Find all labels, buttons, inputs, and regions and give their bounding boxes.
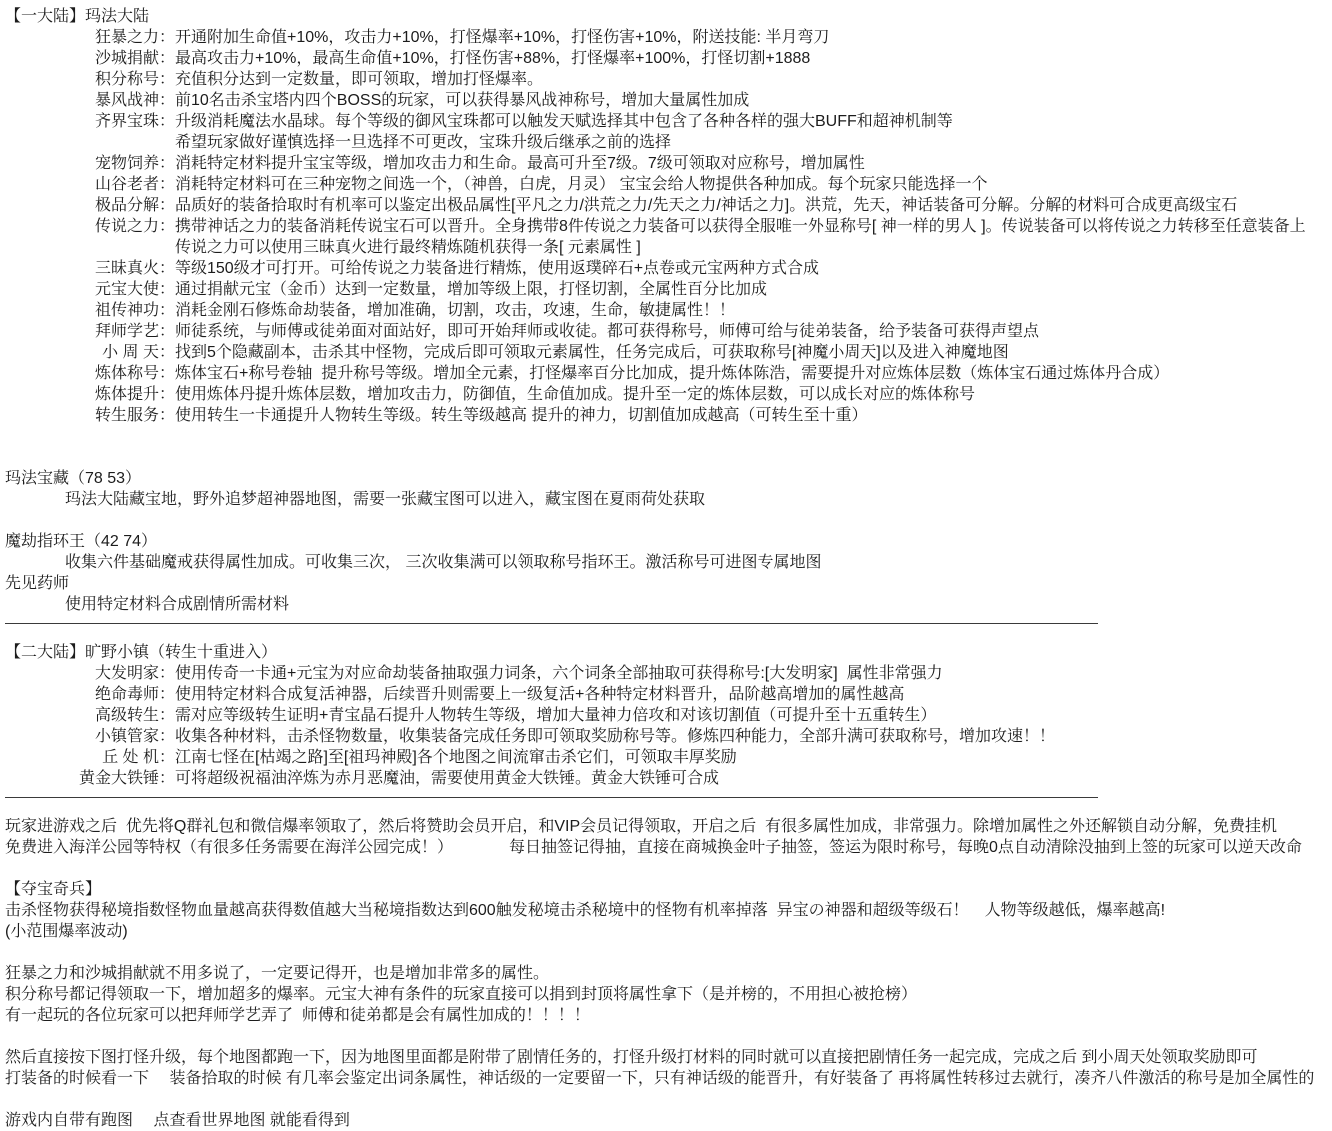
- entry-label: 宠物饲养：: [71, 153, 175, 174]
- subheading-apothecary: 先见药师: [5, 573, 1332, 594]
- doc-entry: 三昧真火：等级150级才可打开。可给传说之力装备进行精炼，使用返璞碎石+点卷或元…: [5, 258, 1332, 279]
- entry-label: 暴风战神：: [71, 90, 175, 111]
- entry-text: 等级150级才可打开。可给传说之力装备进行精炼，使用返璞碎石+点卷或元宝两种方式…: [175, 258, 1332, 279]
- doc-paragraph: (小范围爆率波动): [5, 921, 1332, 942]
- doc-paragraph: 收集六件基础魔戒获得属性加成。可收集三次， 三次收集满可以领取称号指环王。激活称…: [5, 552, 1332, 573]
- section-heading-treasure-raiders: 【夺宝奇兵】: [5, 879, 1332, 900]
- doc-entry: 炼体称号：炼体宝石+称号卷轴 提升称号等级。增加全元素，打怪爆率百分比加成，提升…: [5, 363, 1332, 384]
- entry-text: 炼体宝石+称号卷轴 提升称号等级。增加全元素，打怪爆率百分比加成，提升炼体陈浩，…: [175, 363, 1332, 384]
- entry-label: 拜师学艺：: [71, 321, 175, 342]
- entry-text: 传说之力可以使用三昧真火进行最终精炼随机获得一条[ 元素属性 ]: [175, 237, 1332, 258]
- entry-label: 积分称号：: [71, 69, 175, 90]
- entry-label: 齐界宝珠：: [71, 111, 175, 132]
- entry-text: 希望玩家做好谨慎选择一旦选择不可更改，宝珠升级后继承之前的选择: [175, 132, 1332, 153]
- entry-label: 黄金大铁锤：: [71, 768, 175, 789]
- doc-paragraph: 然后直接按下图打怪升级，每个地图都跑一下，因为地图里面都是附带了剧情任务的，打怪…: [5, 1047, 1332, 1068]
- subheading-mafa-treasure: 玛法宝藏（78 53）: [5, 468, 1332, 489]
- doc-entry: 齐界宝珠：升级消耗魔法水晶球。每个等级的御风宝珠都可以触发天赋选择其中包含了各种…: [5, 111, 1332, 132]
- doc-entry: 极品分解：品质好的装备拾取时有机率可以鉴定出极品属性[平凡之力/洪荒之力/先天之…: [5, 195, 1332, 216]
- doc-entry: 祖传神功：消耗金刚石修炼命劫装备，增加准确，切割，攻击，攻速，生命，敏捷属性！！: [5, 300, 1332, 321]
- doc-paragraph: 使用特定材料合成剧情所需材料: [5, 594, 1332, 615]
- doc-paragraph: 玛法大陆藏宝地，野外追梦超神器地图，需要一张藏宝图可以进入，藏宝图在夏雨荷处获取: [5, 489, 1332, 510]
- entry-label: 极品分解：: [71, 195, 175, 216]
- doc-entry: 沙城捐献：最高攻击力+10%，最高生命值+10%，打怪伤害+88%，打怪爆率+1…: [5, 48, 1332, 69]
- doc-entry: 传说之力：携带神话之力的装备消耗传说宝石可以晋升。全身携带8件传说之力装备可以获…: [5, 216, 1332, 237]
- entry-text: 江南七怪在[枯竭之路]至[祖玛神殿]各个地图之间流窜击杀它们，可领取丰厚奖励: [175, 747, 1332, 768]
- doc-entry: 绝命毒师：使用特定材料合成复活神器，后续晋升则需要上一级复活+各种特定材料晋升，…: [5, 684, 1332, 705]
- section-heading-continent2: 【二大陆】旷野小镇（转生十重进入）: [5, 642, 1332, 663]
- blank-line: [5, 942, 1332, 963]
- entry-text: 收集各种材料，击杀怪物数量，收集装备完成任务即可领取奖励称号等。修炼四种能力，全…: [175, 726, 1332, 747]
- doc-entry: 小镇管家：收集各种材料，击杀怪物数量，收集装备完成任务即可领取奖励称号等。修炼四…: [5, 726, 1332, 747]
- doc-paragraph: 击杀怪物获得秘境指数怪物血量越高获得数值越大当秘境指数达到600触发秘境击杀秘境…: [5, 900, 1332, 921]
- entry-label: 大发明家：: [71, 663, 175, 684]
- entry-text: 找到5个隐藏副本，击杀其中怪物，完成后即可领取元素属性，任务完成后，可获取称号[…: [175, 342, 1332, 363]
- entry-label: 小 周 天：: [71, 342, 175, 363]
- entry-text: 品质好的装备拾取时有机率可以鉴定出极品属性[平凡之力/洪荒之力/先天之力/神话之…: [175, 195, 1332, 216]
- doc-entry: 炼体提升：使用炼体丹提升炼体层数，增加攻击力，防御值，生命值加成。提升至一定的炼…: [5, 384, 1332, 405]
- doc-entry-continuation: 传说之力可以使用三昧真火进行最终精炼随机获得一条[ 元素属性 ]: [5, 237, 1332, 258]
- entry-text: 升级消耗魔法水晶球。每个等级的御风宝珠都可以触发天赋选择其中包含了各种各样的强大…: [175, 111, 1332, 132]
- doc-entry: 高级转生：需对应等级转生证明+青宝晶石提升人物转生等级，增加大量神力倍攻和对该切…: [5, 705, 1332, 726]
- entry-label: 沙城捐献：: [71, 48, 175, 69]
- section-divider: [5, 615, 1332, 642]
- entry-text: 需对应等级转生证明+青宝晶石提升人物转生等级，增加大量神力倍攻和对该切割值（可提…: [175, 705, 1332, 726]
- entry-label: 小镇管家：: [71, 726, 175, 747]
- entry-text: 前10名击杀宝塔内四个BOSS的玩家，可以获得暴风战神称号，增加大量属性加成: [175, 90, 1332, 111]
- blank-line: [5, 510, 1332, 531]
- entry-label: 绝命毒师：: [71, 684, 175, 705]
- subheading-ring-king: 魔劫指环王（42 74）: [5, 531, 1332, 552]
- doc-paragraph: 游戏内自带有跑图 点查看世界地图 就能看得到: [5, 1110, 1332, 1131]
- doc-paragraph: 打装备的时候看一下 装备拾取的时候 有几率会鉴定出词条属性，神话级的一定要留一下…: [5, 1068, 1332, 1089]
- entry-text: 师徒系统，与师傅或徒弟面对面站好，即可开始拜师或收徒。都可获得称号，师傅可给与徒…: [175, 321, 1332, 342]
- entry-text: 最高攻击力+10%，最高生命值+10%，打怪伤害+88%，打怪爆率+100%，打…: [175, 48, 1332, 69]
- entry-label: 炼体提升：: [71, 384, 175, 405]
- entry-label: 转生服务：: [71, 405, 175, 426]
- doc-paragraph: 狂暴之力和沙城捐献就不用多说了，一定要记得开，也是增加非常多的属性。: [5, 963, 1332, 984]
- entry-text: 消耗特定材料可在三种宠物之间选一个，（神兽，白虎，月灵） 宝宝会给人物提供各种加…: [175, 174, 1332, 195]
- entry-text: 开通附加生命值+10%，攻击力+10%，打怪爆率+10%，打怪伤害+10%，附送…: [175, 27, 1332, 48]
- doc-paragraph: 有一起玩的各位玩家可以把拜师学艺弄了 师傅和徒弟都是会有属性加成的！！！！: [5, 1005, 1332, 1026]
- doc-entry-continuation: 希望玩家做好谨慎选择一旦选择不可更改，宝珠升级后继承之前的选择: [5, 132, 1332, 153]
- entry-text: 使用特定材料合成复活神器，后续晋升则需要上一级复活+各种特定材料晋升，品阶越高增…: [175, 684, 1332, 705]
- doc-entry: 黄金大铁锤：可将超级祝福油淬炼为赤月恶魔油，需要使用黄金大铁锤。黄金大铁锤可合成: [5, 768, 1332, 789]
- doc-entry: 积分称号：充值积分达到一定数量，即可领取，增加打怪爆率。: [5, 69, 1332, 90]
- entry-text: 携带神话之力的装备消耗传说宝石可以晋升。全身携带8件传说之力装备可以获得全服唯一…: [175, 216, 1332, 237]
- entry-label: 元宝大使：: [71, 279, 175, 300]
- divider-line: [5, 623, 1098, 624]
- doc-entry: 山谷老者：消耗特定材料可在三种宠物之间选一个，（神兽，白虎，月灵） 宝宝会给人物…: [5, 174, 1332, 195]
- entry-text: 使用传奇一卡通+元宝为对应命劫装备抽取强力词条，六个词条全部抽取可获得称号:[大…: [175, 663, 1332, 684]
- doc-entry: 小 周 天：找到5个隐藏副本，击杀其中怪物，完成后即可领取元素属性，任务完成后，…: [5, 342, 1332, 363]
- doc-entry: 大发明家：使用传奇一卡通+元宝为对应命劫装备抽取强力词条，六个词条全部抽取可获得…: [5, 663, 1332, 684]
- doc-entry: 狂暴之力：开通附加生命值+10%，攻击力+10%，打怪爆率+10%，打怪伤害+1…: [5, 27, 1332, 48]
- blank-line: [5, 858, 1332, 879]
- entry-text: 消耗特定材料提升宝宝等级，增加攻击力和生命。最高可升至7级。7级可领取对应称号，…: [175, 153, 1332, 174]
- entry-label: 山谷老者：: [71, 174, 175, 195]
- entry-label: 炼体称号：: [71, 363, 175, 384]
- entry-label: [71, 237, 175, 258]
- doc-entry: 拜师学艺：师徒系统，与师傅或徒弟面对面站好，即可开始拜师或收徒。都可获得称号，师…: [5, 321, 1332, 342]
- blank-line: [5, 447, 1332, 468]
- entry-label: 丘 处 机：: [71, 747, 175, 768]
- entry-text: 使用炼体丹提升炼体层数，增加攻击力，防御值，生命值加成。提升至一定的炼体层数，可…: [175, 384, 1332, 405]
- blank-line: [5, 1089, 1332, 1110]
- doc-entry: 元宝大使：通过捐献元宝（金币）达到一定数量，增加等级上限，打怪切割，全属性百分比…: [5, 279, 1332, 300]
- section-divider: [5, 789, 1332, 816]
- entry-text: 使用转生一卡通提升人物转生等级。转生等级越高 提升的神力，切割值加成越高（可转生…: [175, 405, 1332, 426]
- entry-label: 三昧真火：: [71, 258, 175, 279]
- entry-label: 传说之力：: [71, 216, 175, 237]
- entry-text: 通过捐献元宝（金币）达到一定数量，增加等级上限，打怪切割，全属性百分比加成: [175, 279, 1332, 300]
- doc-entry: 宠物饲养：消耗特定材料提升宝宝等级，增加攻击力和生命。最高可升至7级。7级可领取…: [5, 153, 1332, 174]
- doc-paragraph: 免费进入海洋公园等特权（有很多任务需要在海洋公园完成！） 每日抽签记得抽，直接在…: [5, 837, 1332, 858]
- entry-label: 祖传神功：: [71, 300, 175, 321]
- entry-label: [71, 132, 175, 153]
- section-heading-continent1: 【一大陆】玛法大陆: [5, 6, 1332, 27]
- blank-line: [5, 1026, 1332, 1047]
- entry-text: 可将超级祝福油淬炼为赤月恶魔油，需要使用黄金大铁锤。黄金大铁锤可合成: [175, 768, 1332, 789]
- entry-label: 高级转生：: [71, 705, 175, 726]
- doc-entry: 暴风战神：前10名击杀宝塔内四个BOSS的玩家，可以获得暴风战神称号，增加大量属…: [5, 90, 1332, 111]
- entry-text: 充值积分达到一定数量，即可领取，增加打怪爆率。: [175, 69, 1332, 90]
- doc-entry: 转生服务：使用转生一卡通提升人物转生等级。转生等级越高 提升的神力，切割值加成越…: [5, 405, 1332, 426]
- document-page: 【一大陆】玛法大陆 狂暴之力：开通附加生命值+10%，攻击力+10%，打怪爆率+…: [5, 6, 1332, 1131]
- doc-paragraph: 积分称号都记得领取一下，增加超多的爆率。元宝大神有条件的玩家直接可以捐到封顶将属…: [5, 984, 1332, 1005]
- entry-text: 消耗金刚石修炼命劫装备，增加准确，切割，攻击，攻速，生命，敏捷属性！！: [175, 300, 1332, 321]
- blank-line: [5, 426, 1332, 447]
- doc-paragraph: 玩家进游戏之后 优先将Q群礼包和微信爆率领取了，然后将赞助会员开启，和VIP会员…: [5, 816, 1332, 837]
- doc-entry: 丘 处 机：江南七怪在[枯竭之路]至[祖玛神殿]各个地图之间流窜击杀它们，可领取…: [5, 747, 1332, 768]
- entry-label: 狂暴之力：: [71, 27, 175, 48]
- divider-line: [5, 797, 1098, 798]
